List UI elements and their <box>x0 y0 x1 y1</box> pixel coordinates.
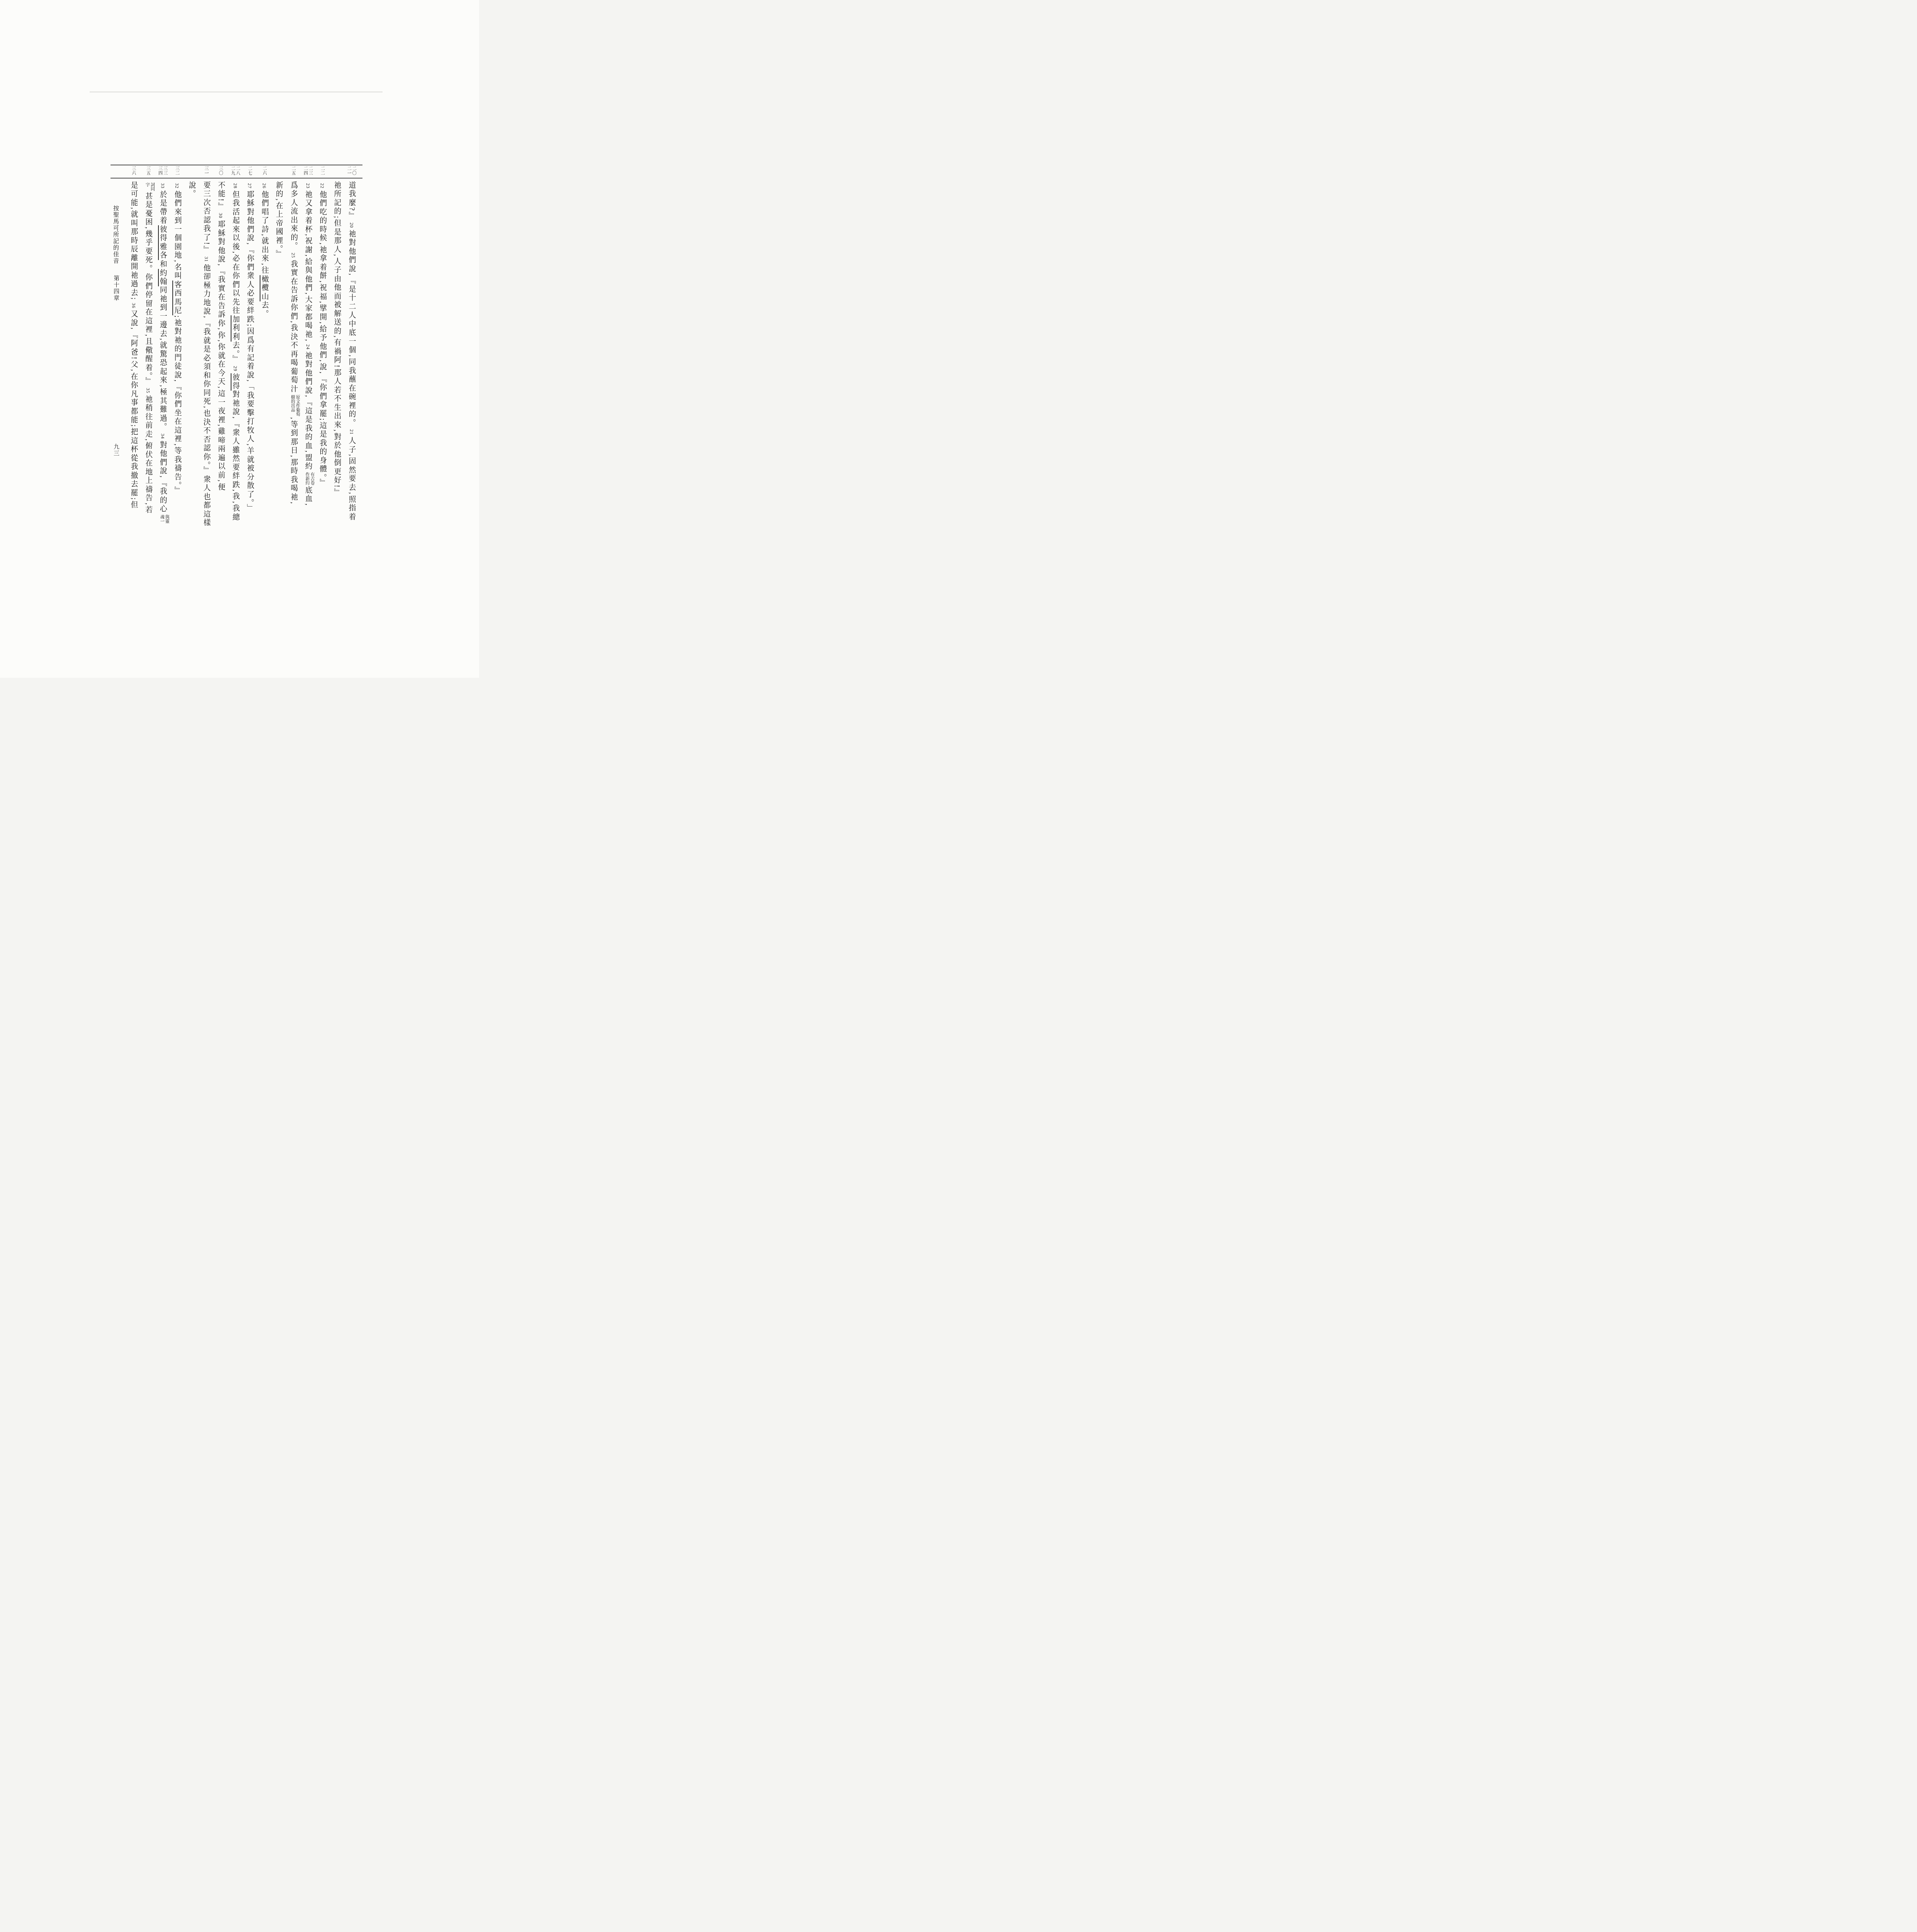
column-text: 爲多人流出來的。25我實在告訴你們,我決不再喝葡萄汁原文作葡萄樹的出品,等到那日… <box>286 181 301 541</box>
inline-note: 與靈魂一 <box>159 515 169 523</box>
margin-verse-label: 三六 <box>131 165 136 178</box>
text-column-15: 三五詞同字甚是憂困,幾乎要死。你們停留在這裡,且儆醒着。』35祂稍往前走,俯伏在… <box>141 165 155 541</box>
proper-name-mark: 加利利 <box>231 315 240 342</box>
text-column-4: 二三二四23祂又拿着杯,祝謝,給與他們,大家都喝祂,24祂對他們說,『這是我的血… <box>301 165 315 541</box>
verse-number: 33 <box>160 183 165 189</box>
running-title: 按聖馬可所記的佳音 <box>111 205 120 264</box>
margin-verse-label: 三〇 <box>218 165 223 178</box>
text-run: 人子,固然要去,照指着 <box>348 437 356 521</box>
margin-verse-label: 三三三四 <box>157 165 167 178</box>
text-run: 去。』 <box>231 342 240 364</box>
page-number: 九三 <box>112 444 120 457</box>
verse-number: 27 <box>247 183 252 189</box>
column-text: 祂所記的;但是那人,人子由他而被解送的,有禍阿!那人若不生出來,對於他倒更好!』 <box>330 181 344 541</box>
inline-note: 原文作葡萄樹的出品 <box>290 395 300 416</box>
text-column-7: 二六26他們唱了詩,就出來,往橄欖山去。 <box>257 165 272 541</box>
verse-number: 21 <box>349 429 354 435</box>
margin-verse-label: 二七 <box>247 165 252 178</box>
column-text: 道我麼?』20祂對他們說,『是十二人中底一個,同我蘸在碗裡的。21人子,固然要去… <box>344 181 359 541</box>
verse-number: 24 <box>305 344 311 350</box>
text-column-9: 二八二九28但我活起來以後,必在你們以先往加利利去。』29彼得對祂說,『衆人雖然… <box>228 165 243 541</box>
text-run: 是可能,就叫那時辰離開祂過去; <box>130 181 138 301</box>
text-column-16: 三六是可能,就叫那時辰離開祂過去;36又說,『阿爸!父,在你凡事都能;把這杯從我… <box>126 165 141 541</box>
text-run: 爲多人流出來的。 <box>289 181 298 251</box>
column-text: 23祂又拿着杯,祝謝,給與他們,大家都喝祂,24祂對他們說,『這是我的血,盟約有… <box>300 181 315 541</box>
verse-number: 28 <box>233 183 238 189</box>
column-text: 33於是帶着彼得雅各和約翰同祂到一邊去,就驚恐起來,極其難過。34對他們說,『我… <box>155 181 170 541</box>
text-run: 底血, <box>304 486 312 507</box>
text-run: 又說,『阿爸!父,在你凡事都能;把這杯從我撤去罷;但 <box>130 310 138 510</box>
text-run: 去。 <box>260 301 269 319</box>
text-run: 他們來到一個園地,名叫 <box>173 190 181 281</box>
text-column-3: 二二22他們吃的時候,祂拿着餅,祝福,擘開,給予他們,說,『你們拿罷;這是我的身… <box>315 165 330 541</box>
text-column-12: 說。 <box>184 165 199 541</box>
margin-verse-label: 二三二四 <box>303 165 313 178</box>
chapter-heading: 第十四章 <box>111 275 121 301</box>
verse-number: 31 <box>204 257 209 262</box>
text-column-1: 二〇二一道我麼?』20祂對他們說,『是十二人中底一個,同我蘸在碗裡的。21人子,… <box>344 165 359 541</box>
text-column-11: 三一要三次否認我了!』31他卻極力地說,『我就是必須和你同死,也決不否認你。』衆… <box>199 165 213 541</box>
text-run: 祂稍往前走,俯伏在地上禱告,若 <box>144 395 152 515</box>
text-run: 不能!』 <box>217 181 225 211</box>
verse-number: 22 <box>320 183 325 189</box>
text-run: 同祂到一邊去,就驚恐起來,極其難過。 <box>159 286 167 432</box>
verse-number: 26 <box>262 183 267 189</box>
verse-number: 23 <box>305 183 311 189</box>
verse-number: 34 <box>160 434 165 439</box>
proper-name-mark: 客西馬尼 <box>172 281 181 315</box>
column-text: 要三次否認我了!』31他卻極力地說,『我就是必須和你同死,也決不否認你。』衆人也… <box>199 181 214 541</box>
margin-verse-label: 二八二九 <box>230 165 240 178</box>
verse-number: 35 <box>145 388 151 393</box>
text-run: ;祂對祂的門徒說,『你們坐在這裡,等我禱告。』 <box>173 315 181 495</box>
column-text: 22他們吃的時候,祂拿着餅,祝福,擘開,給予他們,說,『你們拿罷;這是我的身體。… <box>315 181 330 541</box>
text-run: 耶穌對他說,『我實在告訴你,你,你就在今天,這一夜裡,雞啼兩遍以前,便 <box>217 220 225 492</box>
margin-verse-label: 二五 <box>291 165 296 178</box>
text-column-8: 二七27耶穌對他們說,『你們衆人必要絆跌;因爲有記着說,「我要擊打牧人,羊就被分… <box>242 165 257 541</box>
scan-edge-line <box>90 92 383 92</box>
margin-verse-label: 三一 <box>204 165 209 178</box>
text-column-5: 二五爲多人流出來的。25我實在告訴你們,我決不再喝葡萄汁原文作葡萄樹的出品,等到… <box>286 165 301 541</box>
text-run: 他們唱了詩,就出來,往 <box>260 190 269 275</box>
text-run: 對他們說,『我的心 <box>159 441 167 514</box>
proper-name-mark: 彼得 <box>231 373 240 391</box>
column-text: 說。 <box>184 181 199 541</box>
text-run: 說。 <box>187 181 196 199</box>
text-run: 他卻極力地說,『我就是必須和你同死,也決不否認你。』衆人也都這樣 <box>202 264 211 527</box>
text-columns: 二〇二一道我麼?』20祂對他們說,『是十二人中底一個,同我蘸在碗裡的。21人子,… <box>126 165 359 541</box>
inline-note: 有古卷作新約 <box>304 472 315 485</box>
proper-name-mark: 約翰 <box>158 269 167 286</box>
column-text: 是可能,就叫那時辰離開祂過去;36又說,『阿爸!父,在你凡事都能;把這杯從我撤去… <box>126 181 141 541</box>
text-run: ,等到那日,那時我喝祂, <box>289 417 298 505</box>
text-run: 祂對他們說,『這是我的血,盟約 <box>304 352 312 471</box>
verse-number: 20 <box>349 223 354 228</box>
inline-note: 詞同字 <box>145 182 155 191</box>
text-column-2: 祂所記的;但是那人,人子由他而被解送的,有禍阿!那人若不生出來,對於他倒更好!』 <box>330 165 344 541</box>
text-column-14: 三三三四33於是帶着彼得雅各和約翰同祂到一邊去,就驚恐起來,極其難過。34對他們… <box>155 165 170 541</box>
page-background: 二〇二一道我麼?』20祂對他們說,『是十二人中底一個,同我蘸在碗裡的。21人子,… <box>0 0 479 678</box>
column-text: 26他們唱了詩,就出來,往橄欖山去。 <box>257 181 272 541</box>
text-run: 祂又拿着杯,祝謝,給與他們,大家都喝祂, <box>304 190 312 342</box>
column-text: 詞同字甚是憂困,幾乎要死。你們停留在這裡,且儆醒着。』35祂稍往前走,俯伏在地上… <box>141 181 156 541</box>
text-run: 甚是憂困,幾乎要死。你們停留在這裡,且儆醒着。』 <box>144 192 152 386</box>
verse-number: 32 <box>174 183 180 189</box>
verse-number: 29 <box>233 366 238 371</box>
verse-number: 25 <box>291 253 296 258</box>
column-text: 27耶穌對他們說,『你們衆人必要絆跌;因爲有記着說,「我要擊打牧人,羊就被分散了… <box>242 181 257 541</box>
text-run: 耶穌對他們說,『你們衆人必要絆跌;因爲有記着說,「我要擊打牧人,羊就被分散了。」 <box>246 190 254 513</box>
text-run: 但我活起來以後,必在你們以先往 <box>231 190 240 315</box>
text-run: 祂對他們說,『是十二人中底一個,同我蘸在碗裡的。 <box>348 230 356 428</box>
text-run: 新的,在上帝國裡。』 <box>275 181 283 259</box>
text-column-13: 三二32他們來到一個園地,名叫客西馬尼;祂對祂的門徒說,『你們坐在這裡,等我禱告… <box>170 165 184 541</box>
text-column-6: 新的,在上帝國裡。』 <box>271 165 286 541</box>
margin-verse-label: 三五 <box>145 165 150 178</box>
text-run: 祂所記的;但是那人,人子由他而被解送的,有禍阿!那人若不生出來,對於他倒更好!』 <box>333 181 341 497</box>
text-run: 於是帶着 <box>159 190 167 225</box>
margin-verse-label: 二二 <box>320 165 325 178</box>
proper-name-mark: 彼得雅各 <box>158 225 167 260</box>
column-text: 新的,在上帝國裡。』 <box>271 181 286 541</box>
text-column-10: 三〇不能!』30耶穌對他說,『我實在告訴你,你,你就在今天,這一夜裡,雞啼兩遍以… <box>213 165 228 541</box>
column-text: 28但我活起來以後,必在你們以先往加利利去。』29彼得對祂說,『衆人雖然要絆跌,… <box>228 181 243 541</box>
margin-verse-label: 二〇二一 <box>346 165 356 178</box>
text-run: 要三次否認我了!』 <box>202 181 211 255</box>
proper-name-mark: 橄欖山 <box>260 275 269 301</box>
column-text: 32他們來到一個園地,名叫客西馬尼;祂對祂的門徒說,『你們坐在這裡,等我禱告。』 <box>170 181 185 541</box>
column-text: 不能!』30耶穌對他說,『我實在告訴你,你,你就在今天,這一夜裡,雞啼兩遍以前,… <box>213 181 228 541</box>
text-run: 對祂說,『衆人雖然要絆跌,我,我總 <box>231 391 240 522</box>
verse-number: 36 <box>131 303 136 308</box>
text-run: 和 <box>159 260 167 269</box>
margin-verse-label: 三二 <box>175 165 180 178</box>
scanned-book-page: { "page": { "running_title": "按聖馬可所記的佳音"… <box>0 0 479 678</box>
verse-number: 30 <box>218 213 223 218</box>
text-run: 道我麼?』 <box>348 181 356 221</box>
text-run: 我實在告訴你們,我決不再喝葡萄汁 <box>289 260 298 394</box>
text-run: 他們吃的時候,祂拿着餅,祝福,擘開,給予他們,說,『你們拿罷;這是我的身體。』 <box>318 190 327 488</box>
margin-verse-label: 二六 <box>262 165 267 178</box>
